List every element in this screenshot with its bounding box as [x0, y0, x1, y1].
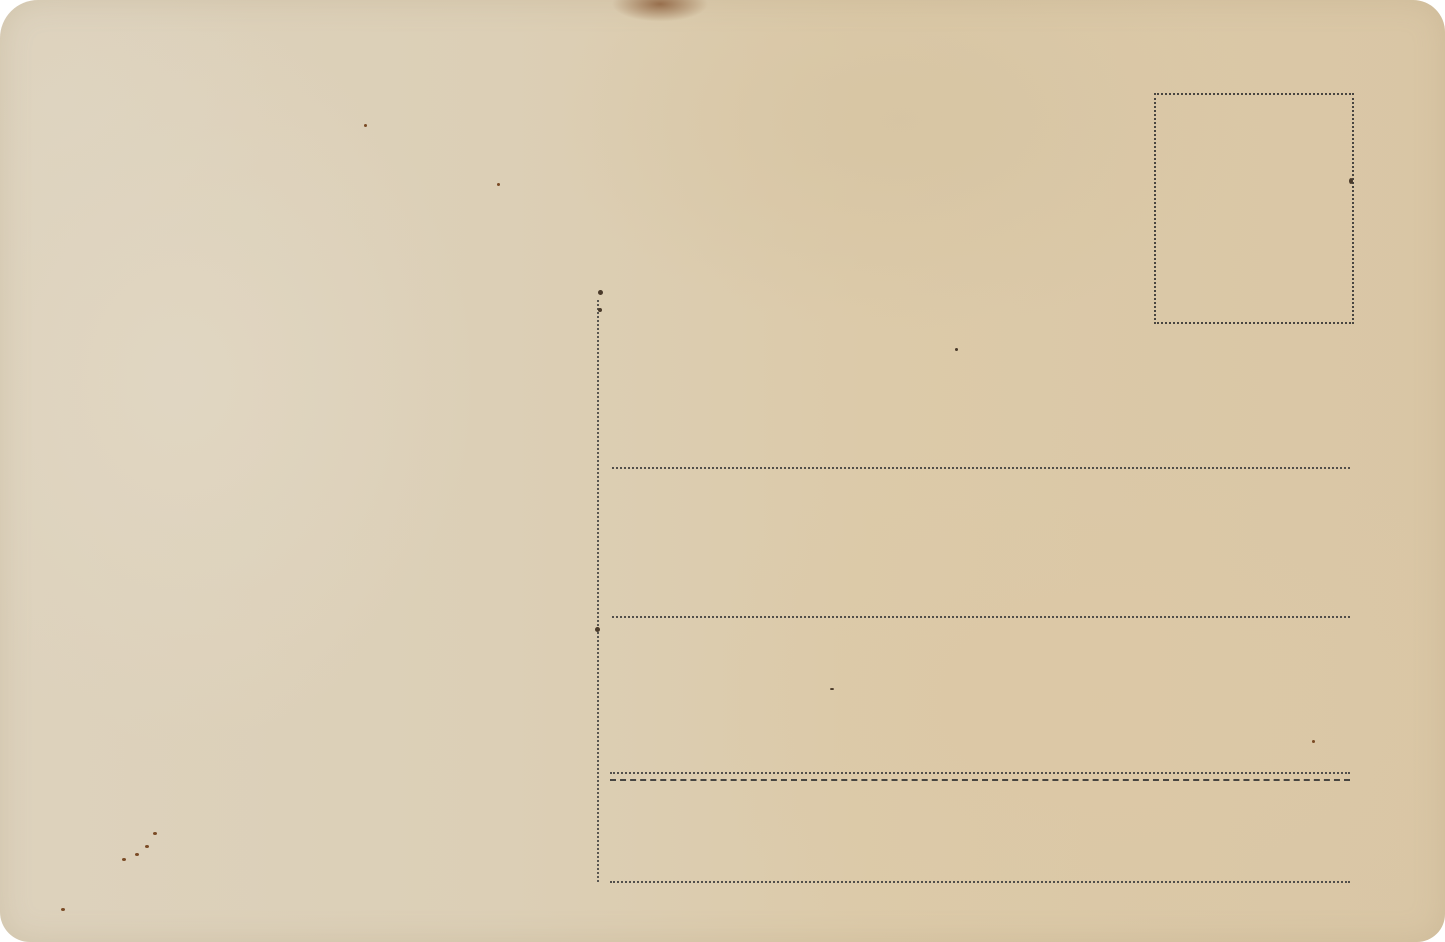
stamp-box: [1154, 93, 1354, 324]
ink-speck: [598, 290, 603, 295]
ink-speck: [955, 348, 958, 351]
rust-speck: [153, 832, 157, 835]
rust-speck: [61, 908, 65, 911]
divider-line: [597, 300, 599, 882]
ink-speck: [1349, 178, 1353, 184]
address-line-4: [610, 881, 1350, 883]
rust-speck: [497, 183, 500, 186]
rust-speck: [1312, 740, 1315, 743]
rust-speck: [122, 858, 126, 861]
address-line-3: [610, 772, 1350, 774]
address-line-2: [612, 616, 1350, 618]
rust-speck: [364, 124, 367, 127]
address-line-1: [612, 467, 1350, 469]
ink-speck: [595, 627, 600, 632]
ink-speck: [598, 308, 602, 312]
ink-speck: [830, 688, 834, 690]
postcard-back: [0, 0, 1445, 942]
rust-speck: [145, 845, 149, 848]
water-stain: [600, 0, 720, 28]
rust-speck: [135, 853, 139, 856]
address-line-3-underline: [610, 779, 1350, 781]
